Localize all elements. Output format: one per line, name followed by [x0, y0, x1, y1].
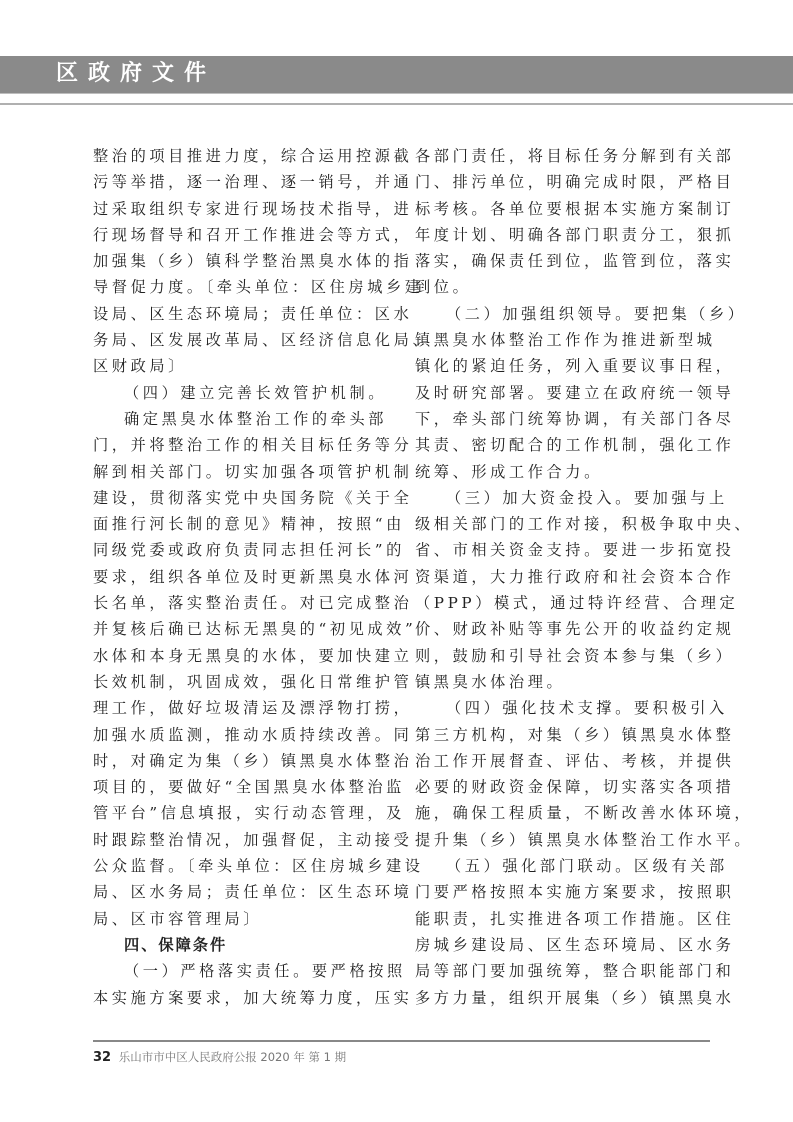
text-line: 行现场督导和召开工作推进会等方式，: [93, 222, 387, 248]
text-line: 务局、区发展改革局、区经济信息化局、: [93, 327, 387, 353]
text-line: 各部门责任，将目标任务分解到有关部: [415, 143, 709, 169]
text-line: 施，确保工程质量，不断改善水体环境，: [415, 800, 709, 826]
page-number: 32: [93, 1050, 111, 1065]
text-line: 门、排污单位，明确完成时限，严格目: [415, 169, 709, 195]
subsection-heading: （五）强化部门联动。区级有关部: [415, 853, 709, 879]
text-line: 则，鼓励和引导社会资本参与集（乡）: [415, 643, 709, 669]
text-line: 确定黑臭水体整治工作的牵头部: [93, 406, 387, 432]
text-line: 级相关部门的工作对接，积极争取中央、: [415, 511, 709, 537]
text-line: 管平台”信息填报，实行动态管理，及: [93, 800, 387, 826]
text-line: 多方力量，组织开展集（乡）镇黑臭水: [415, 985, 709, 1011]
text-line: 镇黑臭水体治理。: [415, 669, 709, 695]
text-line: 长名单，落实整治责任。对已完成整治: [93, 590, 387, 616]
text-line: 必要的财政资金保障，切实落实各项措: [415, 774, 709, 800]
text-line: 局等部门要加强统筹，整合职能部门和: [415, 958, 709, 984]
right-column: 各部门责任，将目标任务分解到有关部 门、排污单位，明确完成时限，严格目 标考核。…: [415, 143, 709, 1011]
text-line: 长效机制，巩固成效，强化日常维护管: [93, 669, 387, 695]
section-heading: 四、保障条件: [93, 932, 387, 958]
text-line: 落实，确保责任到位，监管到位，落实: [415, 248, 709, 274]
subsection-heading: （四）建立完善长效管护机制。: [93, 380, 387, 406]
footer-divider: [93, 1040, 710, 1042]
text-line: 并复核后确已达标无黑臭的“初见成效”: [93, 616, 387, 642]
text-line: 到位。: [415, 274, 709, 300]
subsection-heading: （三）加大资金投入。要加强与上: [415, 485, 709, 511]
text-line: 门，并将整治工作的相关目标任务等分: [93, 432, 387, 458]
text-line: 解到相关部门。切实加强各项管护机制: [93, 459, 387, 485]
section-title: 区政府文件: [56, 59, 216, 89]
text-line: 加强集（乡）镇科学整治黑臭水体的指: [93, 248, 387, 274]
text-line: 整治的项目推进力度，综合运用控源截: [93, 143, 387, 169]
text-line: 第三方机构，对集（乡）镇黑臭水体整: [415, 722, 709, 748]
text-line: 理工作，做好垃圾清运及漂浮物打捞，: [93, 695, 387, 721]
text-line: 导督促力度。〔牵头单位：区住房城乡建: [93, 274, 387, 300]
text-line: 及时研究部署。要建立在政府统一领导: [415, 380, 709, 406]
page-footer: 32 乐山市市中区人民政府公报 2020 年 第 1 期: [93, 1049, 346, 1065]
text-line: 年度计划、明确各部门职责分工，狠抓: [415, 222, 709, 248]
text-line: 房城乡建设局、区生态环境局、区水务: [415, 932, 709, 958]
text-line: 污等举措，逐一治理、逐一销号，并通: [93, 169, 387, 195]
text-line: 要求，组织各单位及时更新黑臭水体河: [93, 564, 387, 590]
text-line: 下，牵头部门统筹协调，有关部门各尽: [415, 406, 709, 432]
left-column: 整治的项目推进力度，综合运用控源截 污等举措，逐一治理、逐一销号，并通 过采取组…: [93, 143, 387, 1011]
text-line: 局、区水务局；责任单位：区生态环境: [93, 879, 387, 905]
subsection-heading: （一）严格落实责任。要严格按照: [93, 958, 387, 984]
text-line: 镇黑臭水体整治工作作为推进新型城: [415, 327, 709, 353]
text-line: 水体和本身无黑臭的水体，要加快建立: [93, 643, 387, 669]
text-line: 能职责，扎实推进各项工作措施。区住: [415, 906, 709, 932]
text-line: 同级党委或政府负责同志担任河长”的: [93, 537, 387, 563]
text-line: 公众监督。〔牵头单位：区住房城乡建设: [93, 853, 387, 879]
text-line: 设局、区生态环境局；责任单位：区水: [93, 301, 387, 327]
text-line: 统筹、形成工作合力。: [415, 459, 709, 485]
text-line: 本实施方案要求，加大统筹力度，压实: [93, 985, 387, 1011]
text-line: 省、市相关资金支持。要进一步拓宽投: [415, 537, 709, 563]
text-line: 过采取组织专家进行现场技术指导，进: [93, 196, 387, 222]
text-line: 镇化的紧迫任务，列入重要议事日程，: [415, 353, 709, 379]
text-line: 项目的，要做好“全国黑臭水体整治监: [93, 774, 387, 800]
text-line: 局、区市容管理局〕: [93, 906, 387, 932]
publication-name: 乐山市市中区人民政府公报 2020 年 第 1 期: [119, 1050, 346, 1064]
text-line: 价、财政补贴等事先公开的收益约定规: [415, 616, 709, 642]
text-line: 门要严格按照本实施方案要求，按照职: [415, 879, 709, 905]
text-line: 加强水质监测，推动水质持续改善。同: [93, 722, 387, 748]
header-divider: [0, 103, 793, 105]
text-line: 其责、密切配合的工作机制，强化工作: [415, 432, 709, 458]
text-line: 治工作开展督查、评估、考核，并提供: [415, 748, 709, 774]
text-line: 提升集（乡）镇黑臭水体整治工作水平。: [415, 827, 709, 853]
text-line: 区财政局〕: [93, 353, 387, 379]
subsection-heading: （二）加强组织领导。要把集（乡）: [415, 301, 709, 327]
subsection-heading: （四）强化技术支撑。要积极引入: [415, 695, 709, 721]
text-line: 时，对确定为集（乡）镇黑臭水体整治: [93, 748, 387, 774]
text-line: 时跟踪整治情况，加强督促，主动接受: [93, 827, 387, 853]
text-line: （PPP）模式，通过特许经营、合理定: [415, 590, 709, 616]
text-line: 建设，贯彻落实党中央国务院《关于全: [93, 485, 387, 511]
text-line: 标考核。各单位要根据本实施方案制订: [415, 196, 709, 222]
text-line: 面推行河长制的意见》精神，按照“由: [93, 511, 387, 537]
header-band: 区政府文件: [0, 56, 793, 94]
text-line: 资渠道，大力推行政府和社会资本合作: [415, 564, 709, 590]
